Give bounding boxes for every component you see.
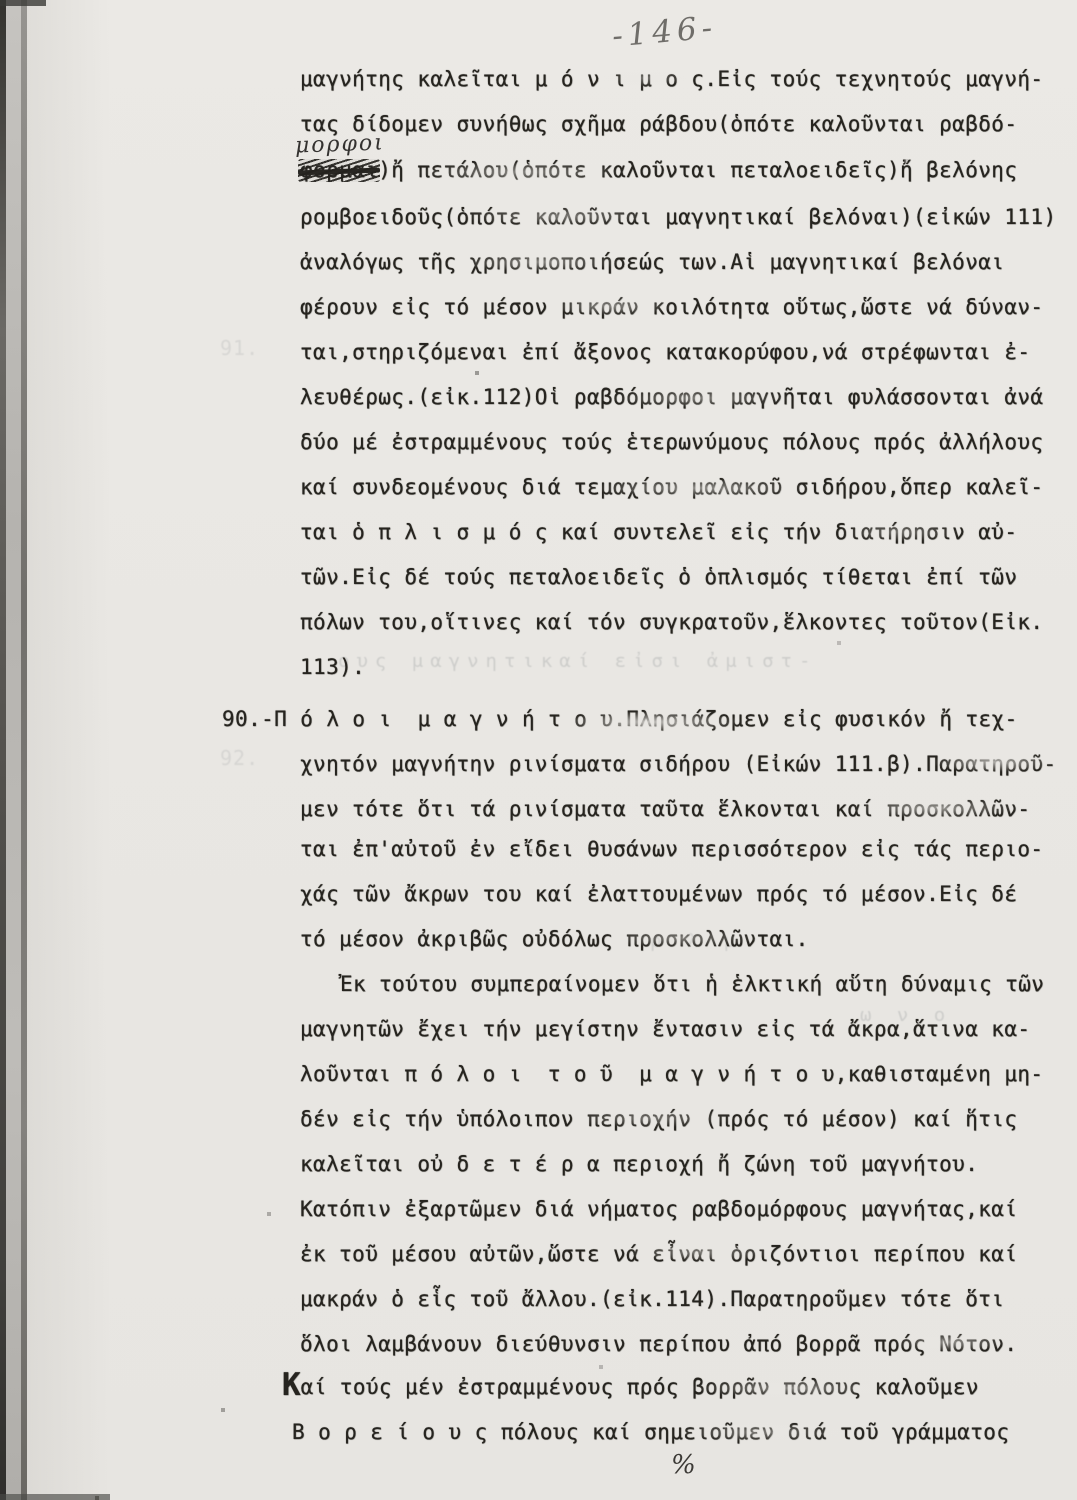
text-line: μαγνητῶν ἔχει τήν μεγίστην ἔντασιν εἰς τ… (300, 1015, 1030, 1043)
scan-edge-band (6, 0, 21, 1500)
text-line: ἐκ τοῦ μέσου αὐτῶν,ὥστε νά εἶναι ὁριζόντ… (300, 1240, 1017, 1268)
text-line: Ἐκ τούτου συμπεραίνομεν ὅτι ἡ ἑλκτική αὕ… (340, 970, 1044, 998)
page-number: -146- (611, 9, 719, 54)
handwritten-initial: Κ (282, 1375, 301, 1396)
text-line: ἀναλόγως τῆς χρησιμοποιήσεώς των.Αἱ μαγν… (300, 248, 1004, 276)
text-line: μακράν ὁ εἷς τοῦ ἄλλου.(εἰκ.114).Παρατηρ… (300, 1285, 1004, 1313)
text-line: λευθέρως.(εἰκ.112)Οἱ ραβδόμορφοι μαγνῆτα… (300, 383, 1043, 411)
text-line: 113). (300, 653, 365, 681)
text-line: δέν εἰς τήν ὑπόλοιπον περιοχήν (πρός τό … (300, 1105, 1017, 1133)
text-line: 90.-Π ό λ ο ι μ α γ ν ή τ ο υ.Πλησιάζομε… (222, 705, 1018, 733)
margin-ghost-number: 92. (220, 746, 259, 770)
text-line: χνητόν μαγνήτην ρινίσματα σιδήρου (Εἰκών… (300, 750, 1057, 778)
text-line: λοῦνται π ό λ ο ι τ ο ῦ μ α γ ν ή τ ο υ,… (300, 1060, 1043, 1088)
text-line: ται ὁ π λ ι σ μ ό ς καί συντελεῖ εἰς τήν… (300, 518, 1017, 546)
text-line: τας δίδομεν συνήθως σχῆμα ράβδου(ὁπότε κ… (300, 110, 1017, 138)
text-line: μεν τότε ὅτι τά ρινίσματα ταῦτα ἕλκονται… (300, 795, 1030, 823)
footer-mark: % (671, 1450, 696, 1480)
text-line: Κατόπιν ἐξαρτῶμεν διά νήματος ραβδομόρφο… (300, 1195, 1017, 1223)
text-line: τῶν.Εἰς δέ τούς πεταλοειδεῖς ὁ ὁπλισμός … (300, 563, 1017, 591)
text-line: καλεῖται οὐ δ ε τ έ ρ α περιοχή ἤ ζώνη τ… (300, 1150, 978, 1178)
struck-out-word: φορμαι (300, 156, 378, 184)
margin-ghost-number: 91. (220, 336, 259, 360)
text-line: καί συνδεομένους διά τεμαχίου μαλακοῦ σι… (300, 473, 1043, 501)
text-line: Καί τούς μέν ἐστραμμένους πρός βορρᾶν πό… (282, 1373, 979, 1401)
paper-specks (0, 0, 2, 2)
text-line: φέρουν εἰς τό μέσον μικράν κοιλότητα οὕτ… (300, 293, 1043, 321)
scanned-page: -146- ους μαγνητικαί εἰσι ἀμιστ-ρ λ μω ν… (0, 0, 1077, 1500)
scan-edge-top (0, 0, 46, 6)
bleedthrough-line: ους μαγνητικαί εἰσι ἀμιστ- (338, 650, 817, 672)
handwritten-correction: μορφοι (295, 130, 386, 158)
text-line: τό μέσον ἀκριβῶς οὐδόλως προσκολλῶνται. (300, 925, 809, 953)
text-line: ρομβοειδοῦς(ὁπότε καλοῦνται μαγνητικαί β… (300, 203, 1057, 231)
text-line: ὅλοι λαμβάνουν διεύθυνσιν περίπου ἀπό βο… (300, 1330, 1017, 1358)
text-line: ται,στηριζόμεναι ἐπί ἄξονος κατακορύφου,… (300, 338, 1030, 366)
scan-edge-dark (0, 0, 6, 1500)
text-line: χάς τῶν ἄκρων του καί ἐλαττουμένων πρός … (300, 880, 1017, 908)
text-line: φορμαι)ἤ πετάλου(ὁπότε καλοῦνται πεταλοε… (300, 156, 1017, 184)
text-line: Β ο ρ ε ί ο υ ς πόλους καί σημειοῦμεν δι… (292, 1418, 1009, 1446)
text-line: δύο μέ ἐστραμμένους τούς ἑτερωνύμους πόλ… (300, 428, 1043, 456)
text-line: πόλων του,οἵτινες καί τόν συγκρατοῦν,ἕλκ… (300, 608, 1043, 636)
scan-edge-line (21, 0, 27, 1500)
text-line: ται ἐπ'αὐτοῦ ἐν εἴδει θυσάνων περισσότερ… (300, 835, 1043, 863)
scan-edge-bottom (0, 1494, 110, 1500)
text-line: μαγνήτης καλεῖται μ ό ν ι μ ο ς.Εἰς τούς… (300, 65, 1043, 93)
